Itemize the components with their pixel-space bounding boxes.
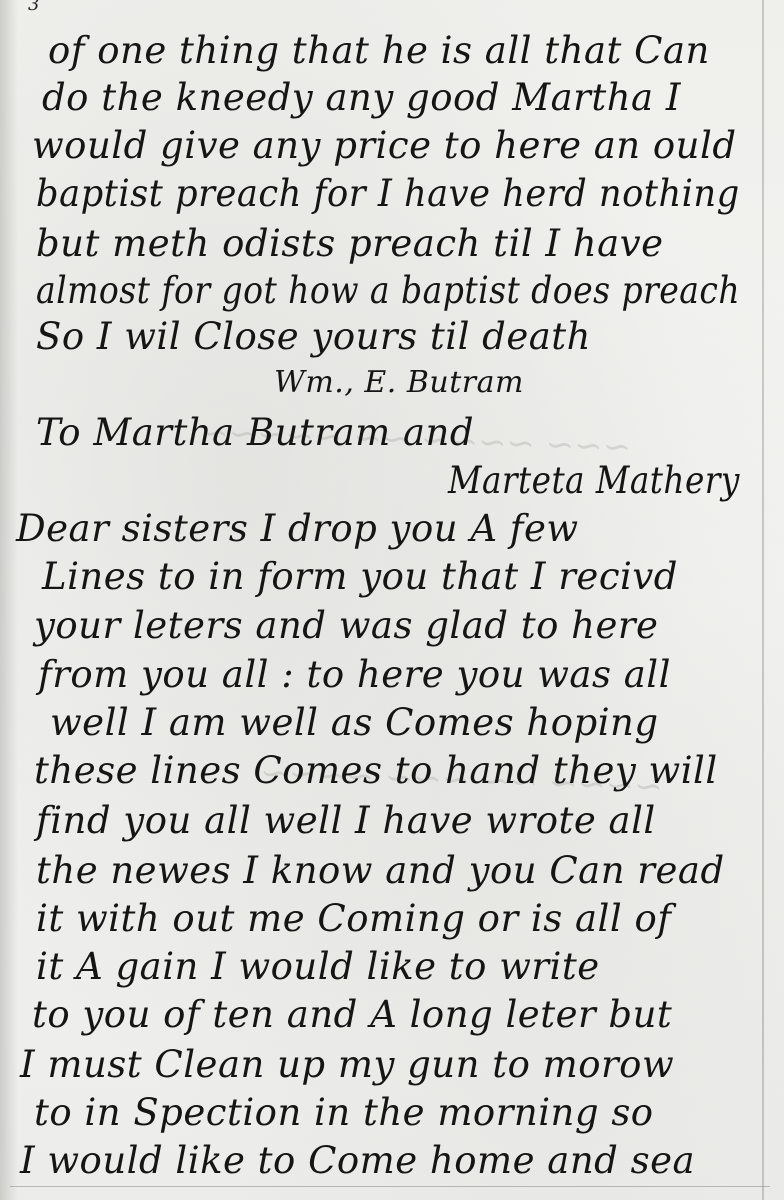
handwritten-line: it A gain I would like to write [36,948,600,985]
page-edge-shadow [0,0,18,1200]
handwritten-line: I must Clean up my gun to morow [20,1046,674,1083]
handwritten-line: of one thing that he is all that Can [48,32,710,69]
handwritten-line: do the kneedy any good Martha I [42,79,681,116]
handwritten-line: the newes I know and you Can read [36,852,725,889]
handwritten-line: it with out me Coming or is all of [36,900,671,937]
handwritten-line: well I am well as Comes hoping [50,704,659,741]
handwritten-line: from you all : to here you was all [38,656,671,693]
handwritten-line: would give any price to here an ould [32,127,737,164]
handwritten-line: to you of ten and A long leter but [32,996,672,1033]
handwritten-line: So I wil Close yours til death [36,318,591,355]
handwritten-line: find you all well I have wrote all [36,802,656,839]
page-number: 3 [28,0,39,15]
handwritten-line: to in Spection in the morning so [34,1094,654,1131]
signature-name: Wm., E. Butram [274,368,524,398]
letter-page: ~~~ ~~~~ ~~ ~~~~~ ~~~~ ~~ ~~~ ~~~~ 3 of … [0,0,784,1200]
handwritten-line: but meth odists preach til I have [36,225,664,262]
handwritten-line: baptist preach for I have herd nothing [36,175,740,212]
address-line: Marteta Mathery [448,462,740,499]
address-line: To Martha Butram and [36,414,474,451]
handwritten-line: almost for got how a baptist does preach [36,272,740,309]
handwritten-line: your leters and was glad to here [34,607,658,644]
handwritten-line: these lines Comes to hand they will [34,752,718,789]
page-bottom-rule [10,1186,770,1187]
page-right-margin-rule [762,0,764,1200]
handwritten-line: I would like to Come home and sea [20,1142,695,1179]
handwritten-line: Lines to in form you that I recivd [42,558,678,595]
handwritten-line: Dear sisters I drop you A few [16,510,579,547]
